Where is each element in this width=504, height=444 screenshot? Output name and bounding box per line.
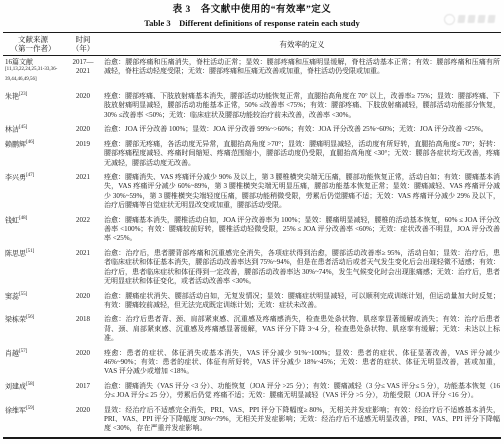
citation-ref: [51] <box>26 249 34 254</box>
study-year: 2017— 2021 <box>63 56 103 90</box>
citation-ref: [57] <box>19 349 27 354</box>
author-name: 徐维军 <box>5 406 26 414</box>
table-row: 赖鹏辉[46] 2019 痊愈：腰部无疼痛，各活动度无异常，直腿抬高角度 >70… <box>3 138 501 171</box>
definition-text: 治愈：腰痛消失（VAS 评分 <3 分）、功能恢复（JOA 评分 >25 分）；… <box>103 380 501 404</box>
definitions-table: 文献来源 （第一作者） 时间 （年） 有效率的定义 16篇文献[11,13,22… <box>3 32 501 439</box>
table-title-zh: 表 3 各文献中使用的“有效率”定义 <box>0 0 504 16</box>
study-year: 2020 <box>63 90 103 123</box>
table-row: 梁栋荣[56] 2018 治愈：治疗后患者背、颈、肩部紧束感、沉重感及疼痛感消失… <box>3 313 501 346</box>
definition-text: 治愈：治疗后，患者腰背部疼痛和沉重感完全消失，各项症状得到治愈，腰部活动改善率≥… <box>103 247 501 290</box>
author-name: 林洁 <box>5 125 19 133</box>
citation-ref: [59] <box>26 406 34 411</box>
table-row: 16篇文献[11,13,22,24,25,31-33,36-39,44,46,4… <box>3 56 501 90</box>
author-name: 钱虹 <box>5 216 19 224</box>
table-row: 徐维军[59] 2020 显效：经治疗后不适感完全消失，PRI、VAS、PPI … <box>3 404 501 438</box>
author-name: 刘建成 <box>5 382 26 390</box>
author-name: 16篇文献 <box>5 58 33 66</box>
definition-text: 痊愈：腰部无疼痛，各活动度无异常，直腿抬高角度 >70°；显效：腰痛明显减轻，活… <box>103 138 501 171</box>
study-year: 2021 <box>63 247 103 290</box>
definition-text: 痊愈：患者的症状、体征消失或基本消失，VAS 评分减少 91%~100%；显效：… <box>103 347 501 380</box>
definition-text: 治愈：腰痛基本消失，腰椎活动自如，JOA 评分改善率为 100%；显效：腰痛明显… <box>103 214 501 247</box>
study-year: 2018 <box>63 313 103 346</box>
table-row: 林洁[45] 2020 治愈：JOA 评分改善 100%；显效：JOA 评分改善… <box>3 123 501 138</box>
header-source: 文献来源 （第一作者） <box>3 33 63 56</box>
study-year: 2022 <box>63 214 103 247</box>
author-name: 朱艳 <box>5 92 19 100</box>
header-year: 时间 （年） <box>63 33 103 56</box>
study-year: 2020 <box>63 290 103 314</box>
citation-ref: [55] <box>19 292 27 297</box>
citation-ref: [46] <box>26 140 34 145</box>
author-name: 李兴勇 <box>5 173 26 181</box>
table-header-row: 文献来源 （第一作者） 时间 （年） 有效率的定义 <box>3 33 501 56</box>
table-row: 朱艳[23] 2020 痊愈：腰部疼痛、下肢放射痛基本消失，腰部活动功能恢复正常… <box>3 90 501 123</box>
citation-ref: [48] <box>19 216 27 221</box>
study-year: 2021 <box>63 171 103 214</box>
citation-ref: [45] <box>19 125 27 130</box>
definition-text: 治愈：治疗后患者背、颈、肩部紧束感、沉重感及疼痛感消失，检查患处条状物、肌痉挛显… <box>103 313 501 346</box>
definition-text: 显效：经治疗后不适感完全消失，PRI、VAS、PPI 评分下降幅度≥ 80%，无… <box>103 404 501 438</box>
citation-ref: [11,13,22,24,25,31-33,36-39,44,46,49,56] <box>5 67 57 82</box>
definition-text: 痊愈：腰痛消失、VAS 疼痛评分减少 90% 及以上，第 3 腰椎横突尖端无压痛… <box>103 171 501 214</box>
study-year: 2020 <box>63 347 103 380</box>
table-title-en: Table 3 Different definitions of respons… <box>0 18 504 28</box>
table-row: 李兴勇[47] 2021 痊愈：腰痛消失、VAS 疼痛评分减少 90% 及以上，… <box>3 171 501 214</box>
table-row: 钱虹[48] 2022 治愈：腰痛基本消失，腰椎活动自如，JOA 评分改善率为 … <box>3 214 501 247</box>
study-year: 2020 <box>63 123 103 138</box>
author-name: 窦蕊 <box>5 292 19 300</box>
author-name: 陈思思 <box>5 249 26 257</box>
definition-text: 痊愈：腰部疼痛、下肢放射痛基本消失，腰部活动功能恢复正常，直腿抬高角度在 70°… <box>103 90 501 123</box>
header-definition: 有效率的定义 <box>103 33 501 56</box>
study-year: 2019 <box>63 138 103 171</box>
definition-text: 治愈：JOA 评分改善 100%；显效：JOA 评分改善 99%~>60%；有效… <box>103 123 501 138</box>
citation-ref: [56] <box>26 315 34 320</box>
citation-ref: [47] <box>26 173 34 178</box>
table-row: 刘建成[58] 2017 治愈：腰痛消失（VAS 评分 <3 分）、功能恢复（J… <box>3 380 501 404</box>
definition-text: 治愈：腰部疼痛和压痛消失，脊柱活动正常；显效：腰部疼痛和压痛明显缓解，脊柱活动基… <box>103 56 501 90</box>
author-name: 肖越 <box>5 349 19 357</box>
table-row: 肖越[57] 2020 痊愈：患者的症状、体征消失或基本消失，VAS 评分减少 … <box>3 347 501 380</box>
study-year: 2017 <box>63 380 103 404</box>
table-row: 陈思思[51] 2021 治愈：治疗后，患者腰背部疼痛和沉重感完全消失，各项症状… <box>3 247 501 290</box>
study-year: 2020 <box>63 404 103 438</box>
definition-text: 治愈：腰痛症状消失、腰部活动自如，无复发情况；显效：腰痛症状明显减轻，可以顺利完… <box>103 290 501 314</box>
citation-ref: [58] <box>26 382 34 387</box>
author-name: 赖鹏辉 <box>5 140 26 148</box>
citation-ref: [23] <box>19 92 27 97</box>
table-row: 窦蕊[55] 2020 治愈：腰痛症状消失、腰部活动自如，无复发情况；显效：腰痛… <box>3 290 501 314</box>
author-name: 梁栋荣 <box>5 316 26 324</box>
paper-page: 表 3 各文献中使用的“有效率”定义 Table 3 Different def… <box>0 0 504 444</box>
